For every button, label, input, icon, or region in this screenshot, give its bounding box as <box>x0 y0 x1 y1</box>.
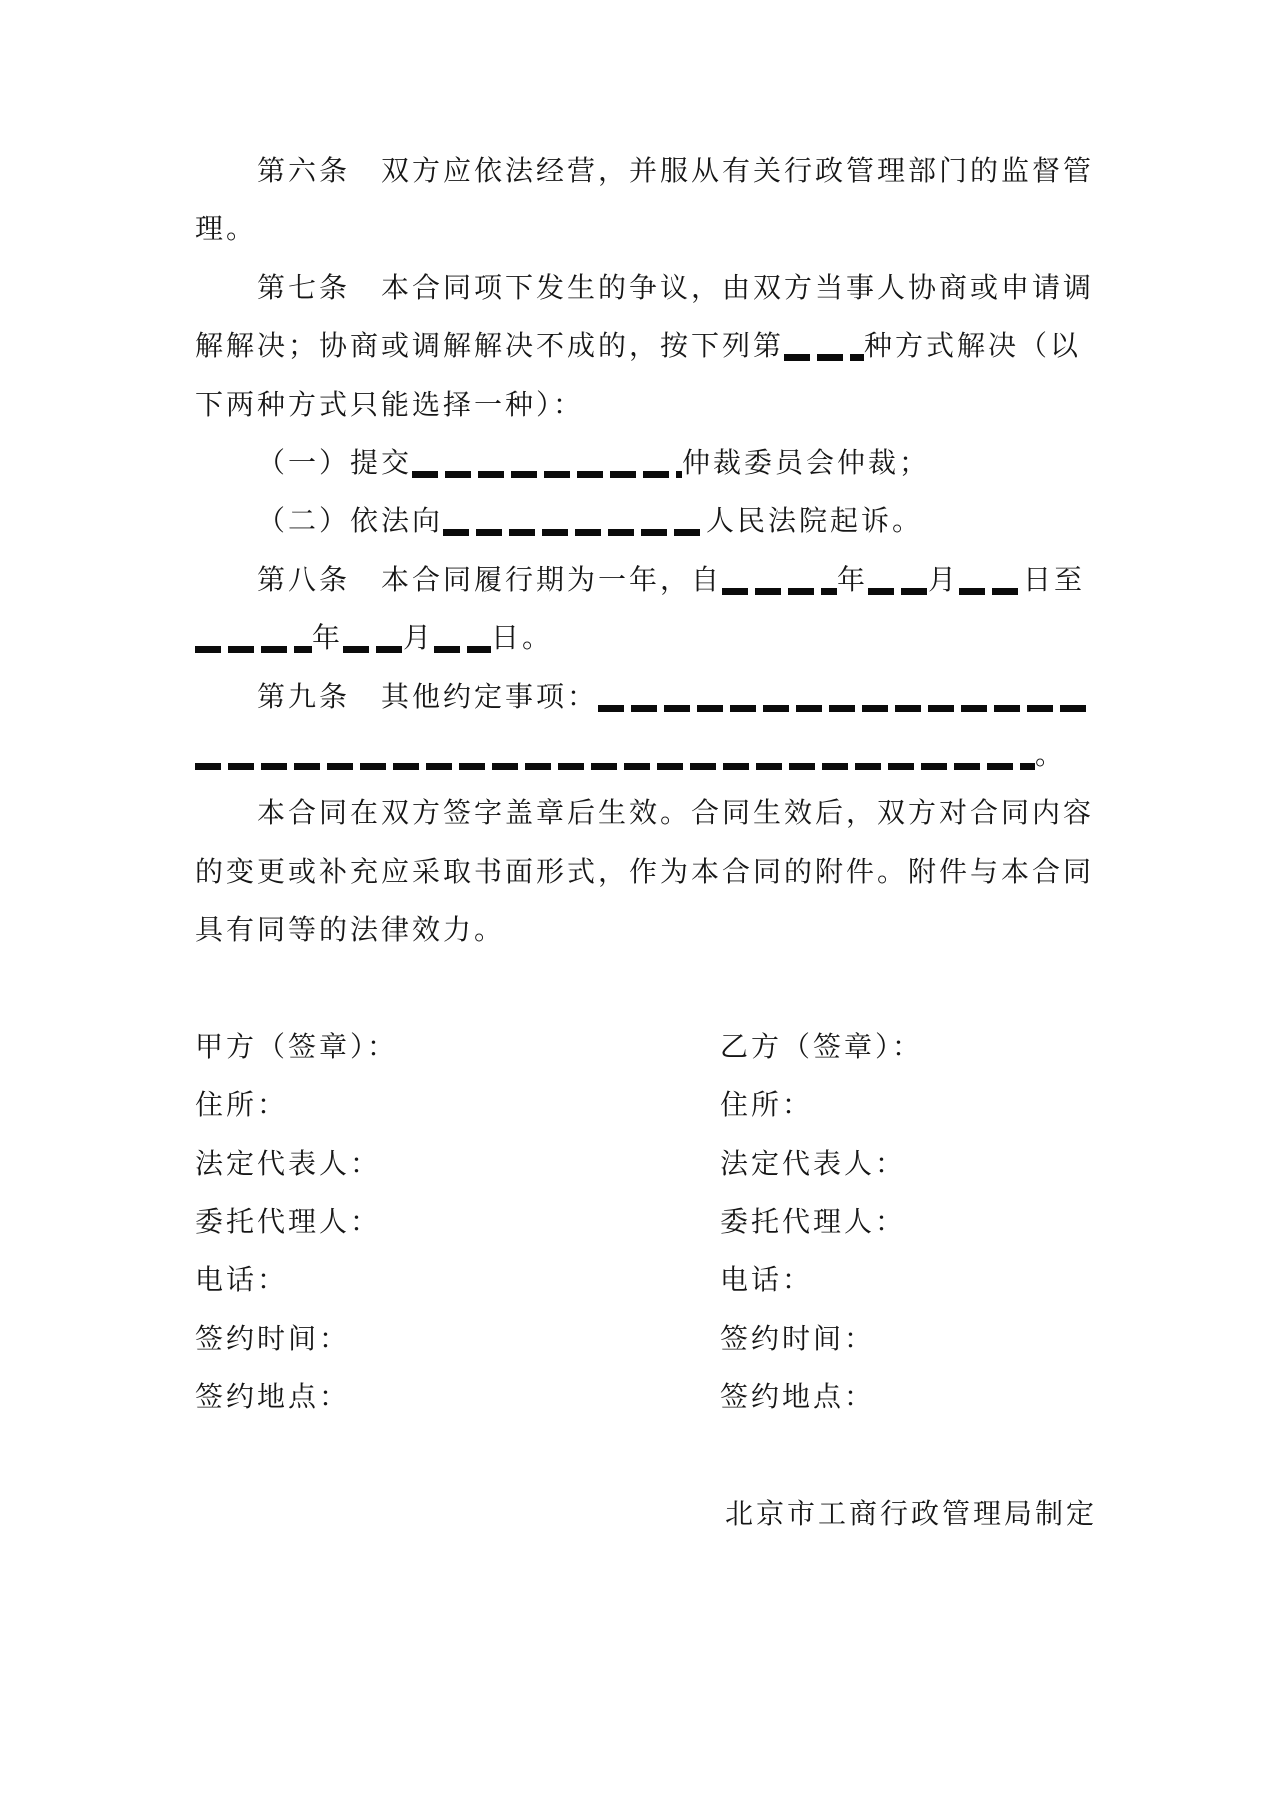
party-b-field-label: 电话： <box>720 1252 813 1310</box>
party-b-field-label: 签约时间： <box>720 1311 875 1369</box>
fill-in-blank <box>443 529 706 536</box>
fill-in-blank <box>868 588 928 595</box>
contract-text: 第六条 双方应依法经营，并服从有关行政管理部门的监督管 <box>257 156 1094 187</box>
doc-line: 电话：电话： <box>195 1252 1095 1310</box>
party-b-field-label: 签约地点： <box>720 1369 875 1427</box>
contract-text: 年 <box>312 623 343 654</box>
contract-text: 年 <box>837 565 868 596</box>
contract-text: 第八条 本合同履行期为一年，自 <box>257 565 722 596</box>
doc-line: 下两种方式只能选择一种）： <box>195 377 1095 435</box>
doc-line: 。 <box>195 727 1095 785</box>
doc-line: 签约地点：签约地点： <box>195 1369 1095 1427</box>
party-b-field-label: 住所： <box>720 1077 813 1135</box>
fill-in-blank <box>598 705 1087 712</box>
fill-in-blank <box>412 471 682 478</box>
contract-text: 第七条 本合同项下发生的争议，由双方当事人协商或申请调 <box>257 273 1094 304</box>
party-a-field-label: 甲方（签章）： <box>195 1032 398 1063</box>
contract-text: 仲裁委员会仲裁； <box>682 448 930 479</box>
contract-text: （一）提交 <box>257 448 412 479</box>
fill-in-blank <box>784 354 864 361</box>
contract-text: 人民法院起诉。 <box>706 506 923 537</box>
doc-line <box>195 960 1095 1018</box>
party-a-field-label: 法定代表人： <box>195 1149 381 1180</box>
contract-text: 种方式解决（以 <box>864 331 1081 362</box>
doc-line: 第九条 其他约定事项： <box>195 669 1095 727</box>
doc-line <box>195 1428 1095 1486</box>
doc-line: （二）依法向人民法院起诉。 <box>195 493 1095 551</box>
doc-line: 具有同等的法律效力。 <box>195 902 1095 960</box>
fill-in-blank <box>343 646 403 653</box>
contract-text: 具有同等的法律效力。 <box>195 915 505 946</box>
contract-lines: 第六条 双方应依法经营，并服从有关行政管理部门的监督管理。第七条 本合同项下发生… <box>195 143 1095 1486</box>
contract-text: 本合同在双方签字盖章后生效。合同生效后，双方对合同内容 <box>257 798 1094 829</box>
contract-body: 第六条 双方应依法经营，并服从有关行政管理部门的监督管理。第七条 本合同项下发生… <box>195 143 1095 1544</box>
contract-text: 日。 <box>491 623 553 654</box>
fill-in-blank <box>959 588 1023 595</box>
doc-line: 第六条 双方应依法经营，并服从有关行政管理部门的监督管 <box>195 143 1095 201</box>
party-a-field-label: 住所： <box>195 1090 288 1121</box>
doc-line: 理。 <box>195 201 1095 259</box>
contract-text: 日至 <box>1023 565 1085 596</box>
doc-line: 法定代表人：法定代表人： <box>195 1136 1095 1194</box>
doc-line: 本合同在双方签字盖章后生效。合同生效后，双方对合同内容 <box>195 785 1095 843</box>
doc-line: 解解决；协商或调解解决不成的，按下列第种方式解决（以 <box>195 318 1095 376</box>
doc-line: 委托代理人：委托代理人： <box>195 1194 1095 1252</box>
contract-text: 下两种方式只能选择一种）： <box>195 390 584 421</box>
fill-in-blank <box>195 646 312 653</box>
contract-text: （二）依法向 <box>257 506 443 537</box>
fill-in-blank <box>722 588 837 595</box>
doc-line: 第八条 本合同履行期为一年，自年月日至 <box>195 552 1095 610</box>
footer-line: 北京市工商行政管理局制定 <box>195 1486 1095 1544</box>
contract-text: 第九条 其他约定事项： <box>257 682 598 713</box>
party-b-field-label: 委托代理人： <box>720 1194 906 1252</box>
party-b-field-label: 法定代表人： <box>720 1136 906 1194</box>
doc-line: 甲方（签章）：乙方（签章）： <box>195 1019 1095 1077</box>
party-b-field-label: 乙方（签章）： <box>720 1019 923 1077</box>
contract-text: 的变更或补充应采取书面形式，作为本合同的附件。附件与本合同 <box>195 857 1094 888</box>
fill-in-blank <box>434 646 491 653</box>
party-a-field-label: 委托代理人： <box>195 1207 381 1238</box>
doc-line: 年月日。 <box>195 610 1095 668</box>
contract-text: 。 <box>1035 740 1066 771</box>
contract-text: 理。 <box>195 214 257 245</box>
issuer-note: 北京市工商行政管理局制定 <box>725 1499 1097 1530</box>
fill-in-blank <box>195 763 1035 770</box>
doc-line: （一）提交仲裁委员会仲裁； <box>195 435 1095 493</box>
contract-text: 月 <box>403 623 434 654</box>
contract-page: 第六条 双方应依法经营，并服从有关行政管理部门的监督管理。第七条 本合同项下发生… <box>0 0 1280 1811</box>
contract-text: 解解决；协商或调解解决不成的，按下列第 <box>195 331 784 362</box>
doc-line: 住所：住所： <box>195 1077 1095 1135</box>
party-a-field-label: 签约地点： <box>195 1382 350 1413</box>
contract-text: 月 <box>928 565 959 596</box>
party-a-field-label: 签约时间： <box>195 1324 350 1355</box>
doc-line: 的变更或补充应采取书面形式，作为本合同的附件。附件与本合同 <box>195 844 1095 902</box>
doc-line: 第七条 本合同项下发生的争议，由双方当事人协商或申请调 <box>195 260 1095 318</box>
party-a-field-label: 电话： <box>195 1265 288 1296</box>
doc-line: 签约时间：签约时间： <box>195 1311 1095 1369</box>
